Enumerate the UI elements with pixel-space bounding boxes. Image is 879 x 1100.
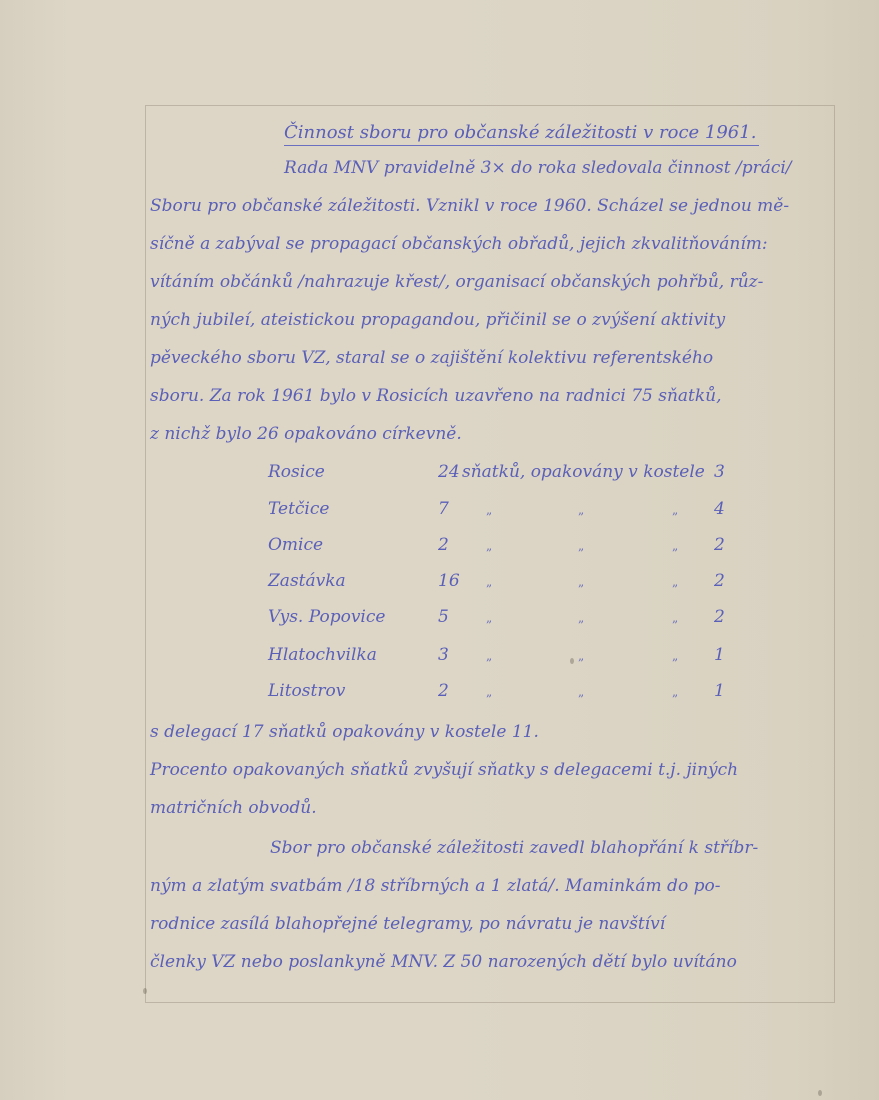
table-header: sňatků, opakovány v kostele	[462, 462, 705, 482]
ditto-mark: „	[672, 575, 678, 589]
text-line-6: pěveckého sboru VZ, staral se o zajištěn…	[150, 348, 713, 368]
ditto-mark: „	[578, 611, 584, 625]
text-line-2: Sboru pro občanské záležitosti. Vznikl v…	[150, 196, 789, 216]
paragraph2-line-2: ným a zlatým svatbám /18 stříbrných a 1 …	[150, 876, 720, 896]
ditto-mark: „	[486, 685, 492, 699]
table-row-church: 1	[714, 645, 725, 665]
table-row-place: Litostrov	[268, 681, 345, 701]
text-line-3: síčně a zabýval se propagací občanských …	[150, 234, 768, 254]
text-line-4: vítáním občánků /nahrazuje křest/, organ…	[150, 272, 763, 292]
text-line-delegation: s delegací 17 sňatků opakovány v kostele…	[150, 722, 539, 742]
table-row-place: Omice	[268, 535, 323, 555]
table-row-church: 4	[714, 499, 725, 519]
ditto-mark: „	[578, 649, 584, 663]
text-line-5: ných jubileí, ateistickou propagandou, p…	[150, 310, 725, 330]
table-row-church: 1	[714, 681, 725, 701]
ditto-mark: „	[672, 611, 678, 625]
document-title: Činnost sboru pro občanské záležitosti v…	[284, 122, 759, 146]
ditto-mark: „	[486, 539, 492, 553]
table-row-marriages: 2	[438, 681, 449, 701]
ditto-mark: „	[672, 685, 678, 699]
table-row-marriages: 16	[438, 571, 460, 591]
table-row-marriages: 3	[438, 645, 449, 665]
table-row-place: Tetčice	[268, 499, 329, 519]
paragraph2-line-4: členky VZ nebo poslankyně MNV. Z 50 naro…	[150, 952, 737, 972]
paragraph2-line-3: rodnice zasílá blahopřejné telegramy, po…	[150, 914, 665, 934]
paragraph2-line-1: Sbor pro občanské záležitosti zavedl bla…	[270, 838, 758, 858]
table-row-marriages: 24	[438, 462, 460, 482]
ditto-mark: „	[578, 503, 584, 517]
table-row-place: Rosice	[268, 462, 325, 482]
text-line-1: Rada MNV pravidelně 3× do roka sledovala…	[284, 158, 792, 178]
paper-speck	[143, 988, 147, 994]
ditto-mark: „	[672, 503, 678, 517]
ditto-mark: „	[578, 575, 584, 589]
table-row-church: 2	[714, 571, 725, 591]
ditto-mark: „	[486, 575, 492, 589]
table-row-church: 3	[714, 462, 725, 482]
table-row-marriages: 7	[438, 499, 449, 519]
ditto-mark: „	[486, 611, 492, 625]
text-line-districts: matričních obvodů.	[150, 798, 317, 818]
table-row-church: 2	[714, 535, 725, 555]
ditto-mark: „	[578, 685, 584, 699]
table-row-marriages: 5	[438, 607, 449, 627]
paper-speck	[570, 658, 574, 664]
table-row-marriages: 2	[438, 535, 449, 555]
table-row-place: Zastávka	[268, 571, 346, 591]
text-line-7: sboru. Za rok 1961 bylo v Rosicích uzavř…	[150, 386, 722, 406]
ditto-mark: „	[578, 539, 584, 553]
table-row-church: 2	[714, 607, 725, 627]
ditto-mark: „	[672, 649, 678, 663]
text-line-8: z nichž bylo 26 opakováno církevně.	[150, 424, 462, 444]
ditto-mark: „	[486, 649, 492, 663]
table-row-place: Vys. Popovice	[268, 607, 385, 627]
paper-speck	[818, 1090, 822, 1096]
text-line-percent: Procento opakovaných sňatků zvyšují sňat…	[150, 760, 738, 780]
table-row-place: Hlatochvilka	[268, 645, 377, 665]
ditto-mark: „	[486, 503, 492, 517]
ditto-mark: „	[672, 539, 678, 553]
